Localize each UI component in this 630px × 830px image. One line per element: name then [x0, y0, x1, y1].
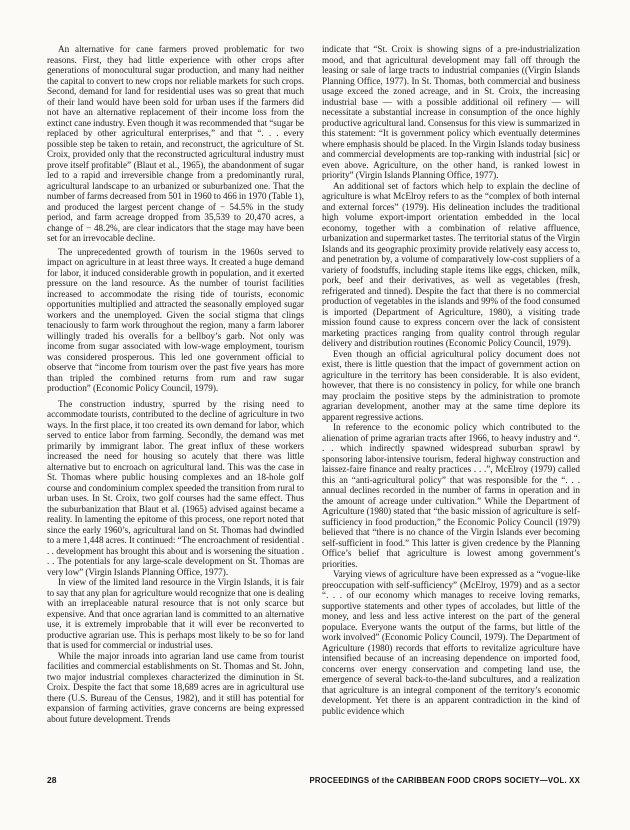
paragraph: In view of the limited land resource in …	[47, 577, 304, 651]
text-columns: An alternative for cane farmers proved p…	[47, 44, 580, 724]
page-footer: 28 PROCEEDINGS of the CARIBBEAN FOOD CRO…	[47, 775, 580, 785]
right-column: indicate that “St. Croix is showing sign…	[322, 44, 580, 724]
left-column: An alternative for cane farmers proved p…	[47, 44, 304, 724]
page-number: 28	[47, 775, 56, 785]
paragraph-continuation: indicate that “St. Croix is showing sign…	[322, 44, 580, 181]
paragraph: Varying views of agriculture have been e…	[322, 569, 580, 716]
paragraph: The construction industry, spurred by th…	[47, 399, 304, 578]
document-page: An alternative for cane farmers proved p…	[0, 0, 630, 830]
paragraph: An additional set of factors which help …	[322, 181, 580, 349]
paragraph: While the major inroads into agrarian la…	[47, 651, 304, 725]
paragraph: The unprecedented growth of tourism in t…	[47, 247, 304, 394]
paragraph: An alternative for cane farmers proved p…	[47, 44, 304, 244]
paragraph: In reference to the economic policy whic…	[322, 422, 580, 569]
paragraph: Even though an official agricultural pol…	[322, 349, 580, 423]
journal-title: PROCEEDINGS of the CARIBBEAN FOOD CROPS …	[310, 776, 581, 785]
